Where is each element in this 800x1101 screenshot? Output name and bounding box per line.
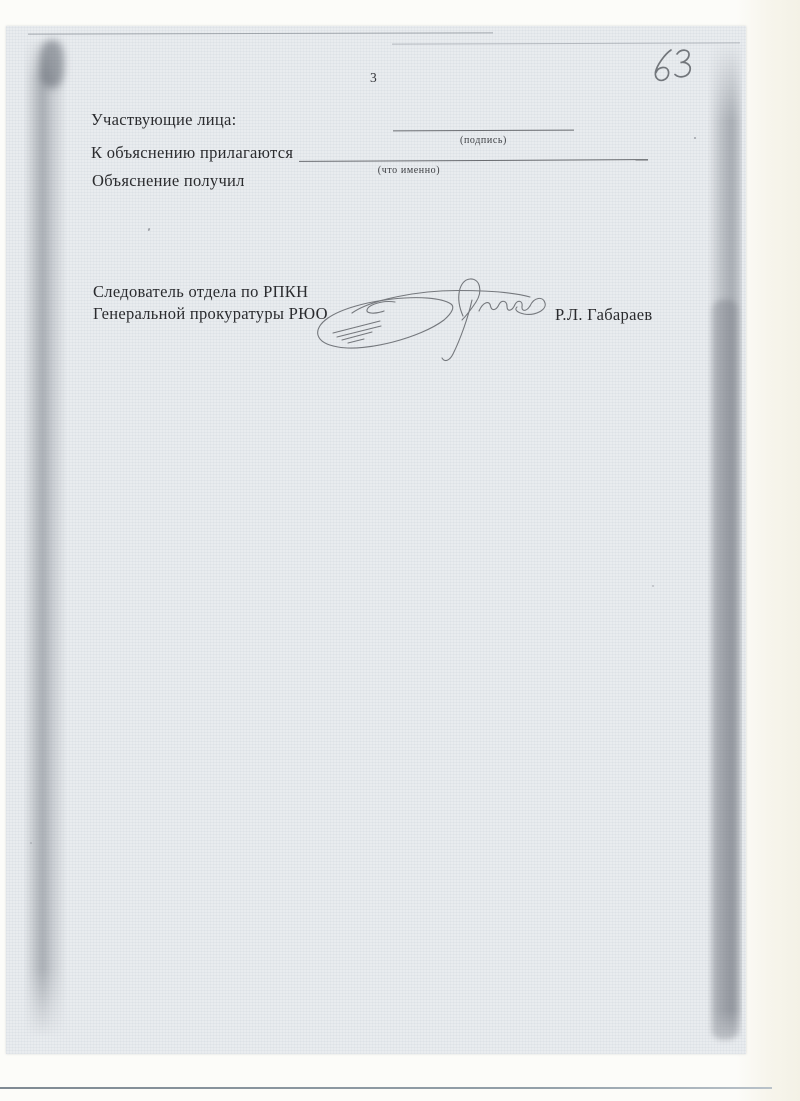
signature-caption: (подпись) xyxy=(393,136,574,146)
left-binding-shadow-top xyxy=(40,40,64,88)
attachments-caption: (что именно) xyxy=(299,166,519,176)
page-number: 3 xyxy=(370,71,377,85)
scanned-document: 3 Участвующие лица: (подпись) К объяснен… xyxy=(0,0,800,1101)
signoff-title-line2: Генеральной прокуратуры РЮО xyxy=(93,306,328,323)
scan-speck xyxy=(30,842,32,844)
signoff-title-line1: Следователь отдела по РПКН xyxy=(93,284,308,301)
signoff-name: Р.Л. Габараев xyxy=(555,307,652,324)
scan-speck xyxy=(652,585,654,587)
participants-label: Участвующие лица: xyxy=(91,112,237,129)
received-label: Объяснение получил xyxy=(92,173,245,190)
scan-speck xyxy=(694,137,696,139)
left-binding-shadow xyxy=(24,38,66,1038)
attachments-label: К объяснению прилагаются xyxy=(91,145,293,162)
scanner-bottom-edge-line xyxy=(0,1087,772,1089)
right-edge-shadow-dark xyxy=(712,300,738,1040)
